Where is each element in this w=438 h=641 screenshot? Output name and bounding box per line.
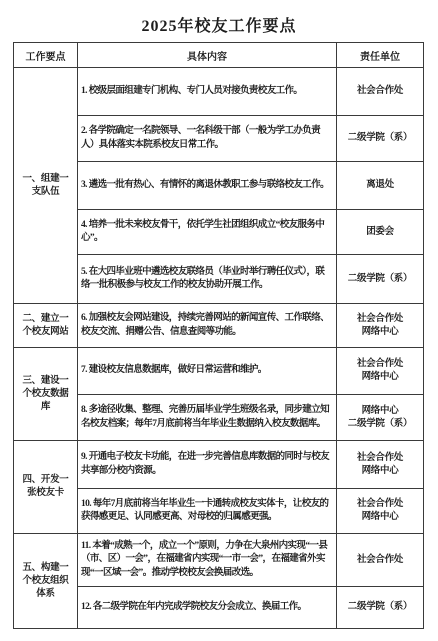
table-row: 五、构建一个校友组织体系 11. 本着“成熟一个，成立一个”原则，力争在大泉州内… bbox=[14, 534, 424, 587]
content-cell: 1. 校级层面组建专门机构、专门人员对接负责校友工作。 bbox=[78, 68, 337, 116]
unit-line: 社会合作处 bbox=[339, 452, 421, 465]
content-cell: 12. 各二级学院在年内完成学院校友分会成立、换届工作。 bbox=[78, 587, 337, 629]
unit-line: 二级学院（系） bbox=[339, 132, 421, 145]
content-cell: 6. 加强校友会网站建设，持续完善网站的新闻宣传、工作联络、校友交流、捐赠公告、… bbox=[78, 304, 337, 348]
unit-cell: 社会合作处 网络中心 bbox=[337, 489, 424, 534]
category-cell-3: 三、建设一个校友数据库 bbox=[14, 348, 78, 441]
table-row: 一、组建一支队伍 1. 校级层面组建专门机构、专门人员对接负责校友工作。 社会合… bbox=[14, 68, 424, 116]
header-row: 工作要点 具体内容 责任单位 bbox=[14, 43, 424, 68]
column-header-unit: 责任单位 bbox=[337, 43, 424, 68]
content-cell: 11. 本着“成熟一个，成立一个”原则，力争在大泉州内实现“一县（市、区）一会”… bbox=[78, 534, 337, 587]
content-cell: 3. 遴选一批有热心、有情怀的离退休教职工参与联络校友工作。 bbox=[78, 162, 337, 210]
column-header-work-points: 工作要点 bbox=[14, 43, 78, 68]
content-cell: 4. 培养一批未来校友骨干，依托学生社团组织成立“校友服务中心”。 bbox=[78, 210, 337, 255]
unit-line: 离退处 bbox=[339, 179, 421, 192]
table-row: 三、建设一个校友数据库 7. 建设校友信息数据库，做好日常运营和维护。 社会合作… bbox=[14, 348, 424, 395]
content-cell: 2. 各学院确定一名院领导、一名科级干部（一般为学工办负责人）具体落实本院系校友… bbox=[78, 116, 337, 162]
unit-cell: 网络中心 二级学院（系） bbox=[337, 395, 424, 441]
content-cell: 7. 建设校友信息数据库，做好日常运营和维护。 bbox=[78, 348, 337, 395]
document-page: 2025年校友工作要点 工作要点 具体内容 责任单位 一、组建一支队伍 1. 校… bbox=[0, 0, 438, 641]
unit-line: 社会合作处 bbox=[339, 313, 421, 326]
unit-line: 网络中心 bbox=[339, 405, 421, 418]
unit-line: 社会合作处 bbox=[339, 358, 421, 371]
unit-line: 网络中心 bbox=[339, 465, 421, 478]
document-title: 2025年校友工作要点 bbox=[0, 13, 438, 36]
unit-line: 社会合作处 bbox=[339, 498, 421, 511]
table-row: 四、开发一张校友卡 9. 开通电子校友卡功能，在进一步完善信息库数据的同时与校友… bbox=[14, 441, 424, 489]
unit-line: 二级学院（系） bbox=[339, 418, 421, 431]
unit-line: 社会合作处 bbox=[339, 554, 421, 567]
unit-cell: 离退处 bbox=[337, 162, 424, 210]
unit-line: 二级学院（系） bbox=[339, 601, 421, 614]
unit-cell: 社会合作处 网络中心 bbox=[337, 441, 424, 489]
category-cell-5: 五、构建一个校友组织体系 bbox=[14, 534, 78, 629]
unit-cell: 团委会 bbox=[337, 210, 424, 255]
content-cell: 9. 开通电子校友卡功能，在进一步完善信息库数据的同时与校友共享部分校内资源。 bbox=[78, 441, 337, 489]
category-cell-1: 一、组建一支队伍 bbox=[14, 68, 78, 304]
unit-line: 团委会 bbox=[339, 226, 421, 239]
unit-cell: 二级学院（系） bbox=[337, 116, 424, 162]
unit-cell: 二级学院（系） bbox=[337, 255, 424, 304]
column-header-content: 具体内容 bbox=[78, 43, 337, 68]
unit-cell: 社会合作处 bbox=[337, 68, 424, 116]
unit-cell: 社会合作处 网络中心 bbox=[337, 304, 424, 348]
table-row: 二、建立一个校友网站 6. 加强校友会网站建设，持续完善网站的新闻宣传、工作联络… bbox=[14, 304, 424, 348]
content-cell: 5. 在大四毕业班中遴选校友联络员（毕业时举行聘任仪式），联络一批积极参与校友工… bbox=[78, 255, 337, 304]
unit-line: 网络中心 bbox=[339, 511, 421, 524]
content-cell: 8. 多途径收集、整理、完善历届毕业学生班级名录，同步建立知名校友档案；每年7月… bbox=[78, 395, 337, 441]
category-cell-4: 四、开发一张校友卡 bbox=[14, 441, 78, 534]
content-cell: 10. 每年7月底前将当年毕业生一卡通转成校友实体卡，让校友的获得感更足、认同感… bbox=[78, 489, 337, 534]
unit-line: 社会合作处 bbox=[339, 85, 421, 98]
work-points-table: 工作要点 具体内容 责任单位 一、组建一支队伍 1. 校级层面组建专门机构、专门… bbox=[13, 42, 424, 629]
category-cell-2: 二、建立一个校友网站 bbox=[14, 304, 78, 348]
unit-line: 网络中心 bbox=[339, 371, 421, 384]
unit-cell: 社会合作处 网络中心 bbox=[337, 348, 424, 395]
unit-line: 网络中心 bbox=[339, 326, 421, 339]
unit-cell: 社会合作处 bbox=[337, 534, 424, 587]
unit-cell: 二级学院（系） bbox=[337, 587, 424, 629]
unit-line: 二级学院（系） bbox=[339, 273, 421, 286]
